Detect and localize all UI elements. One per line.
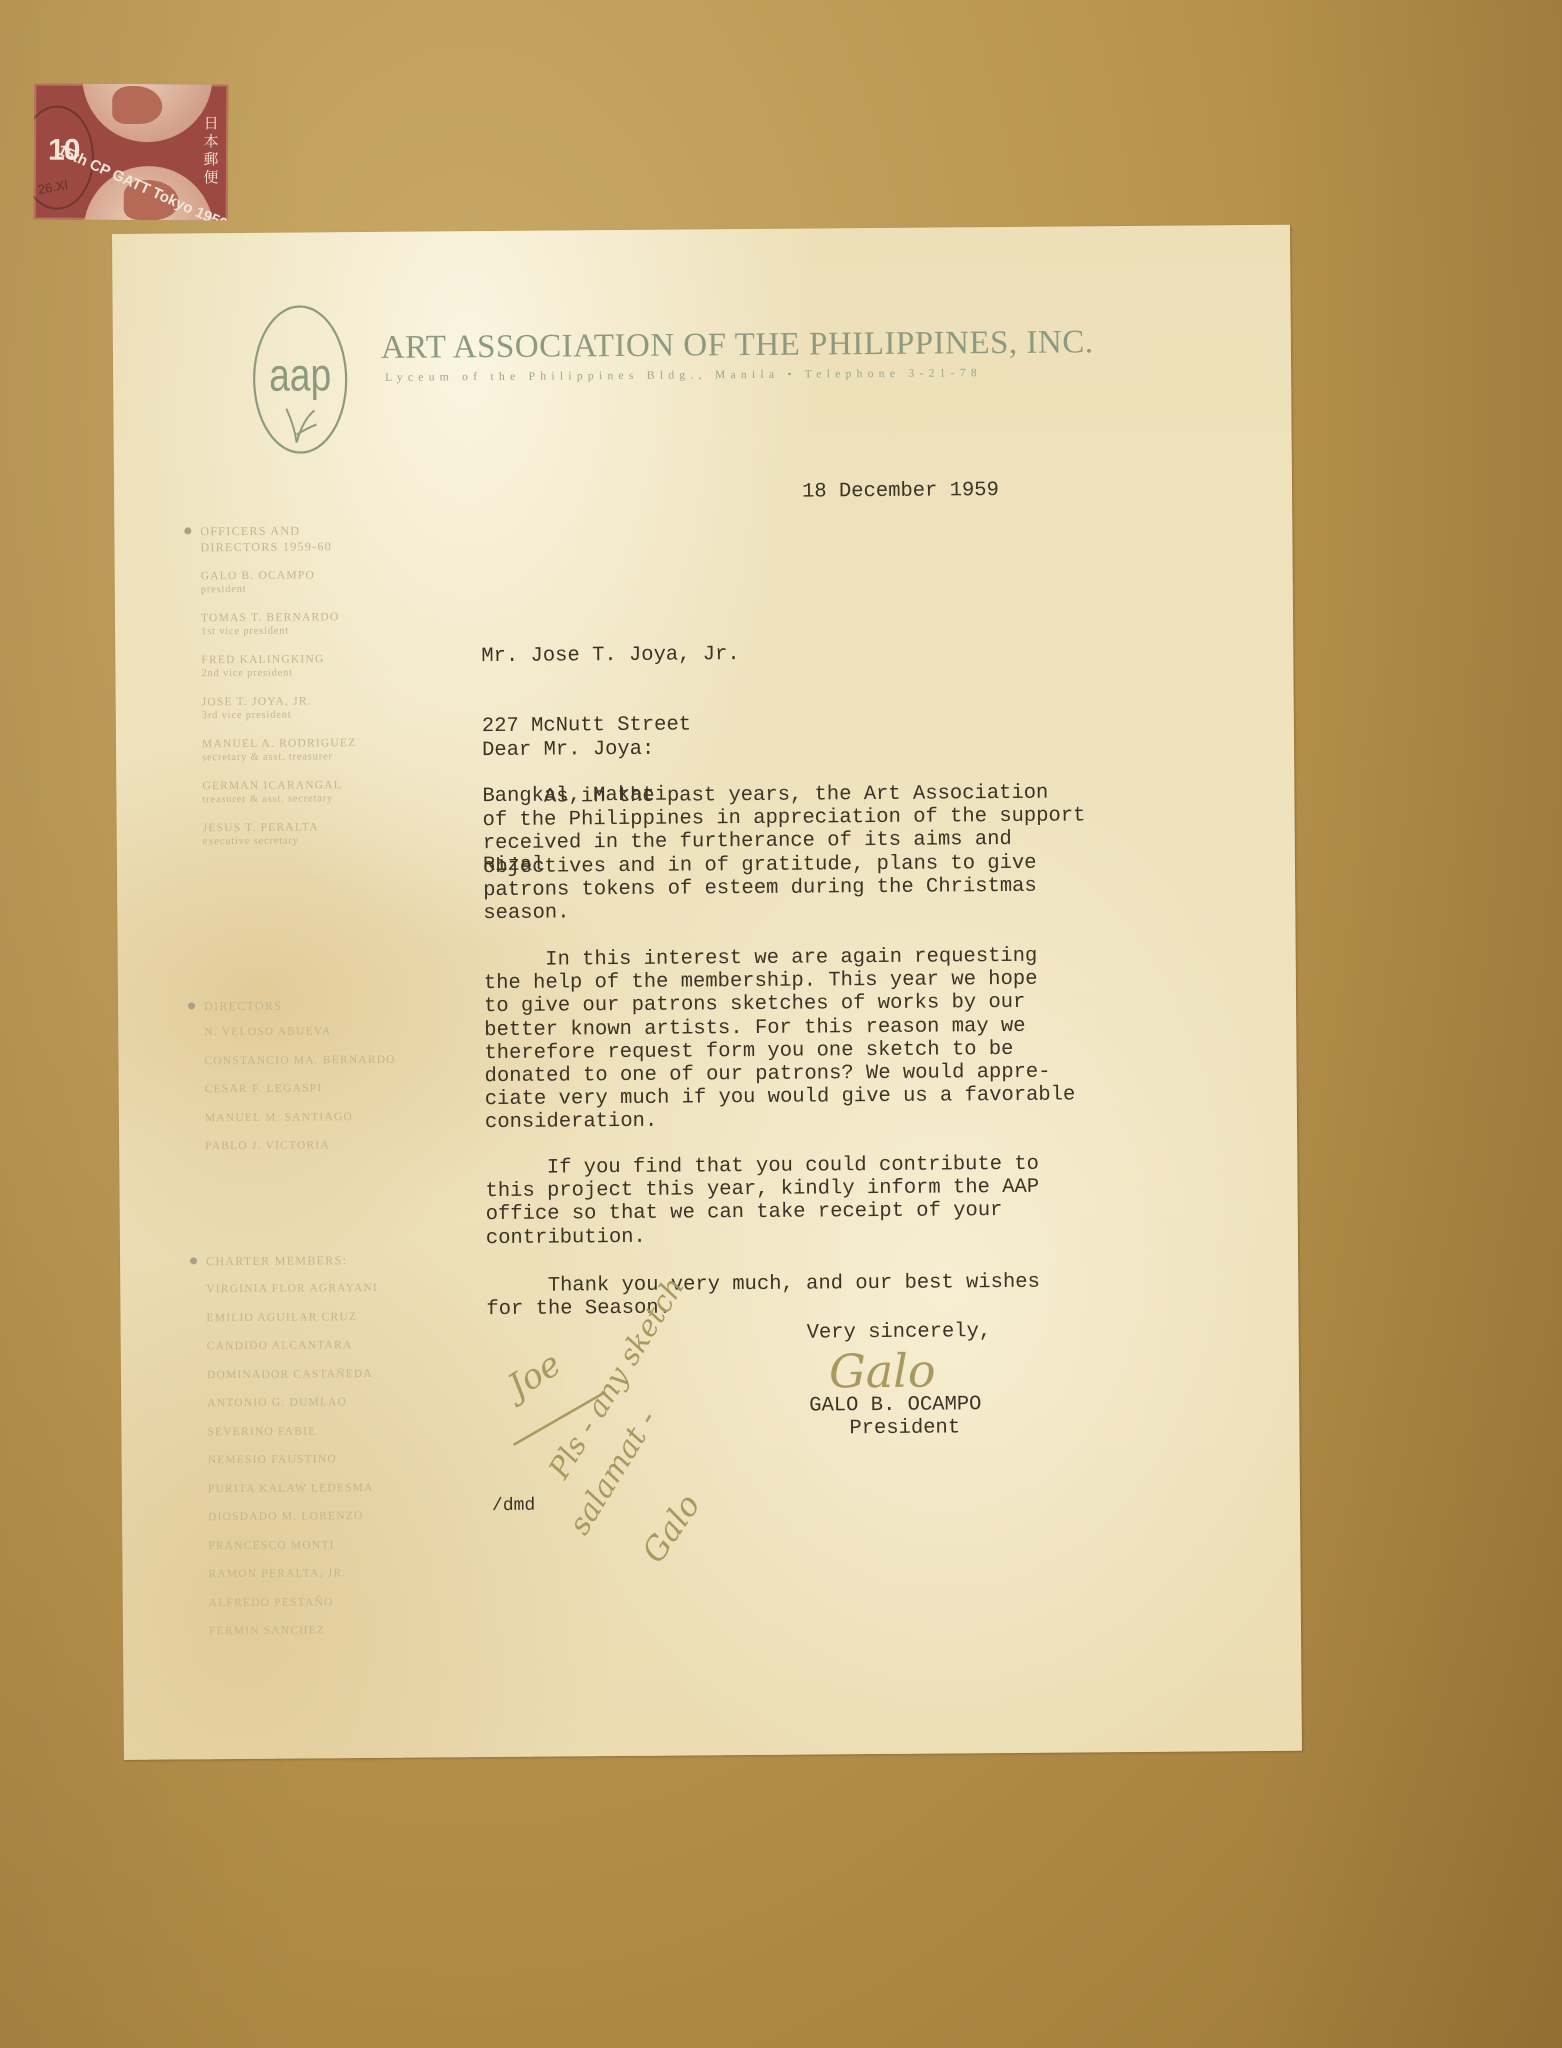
charter-member-name: NEMESIO FAUSTINO xyxy=(192,1445,380,1475)
charter-member-name: FERMIN SANCHEZ xyxy=(193,1616,381,1646)
charter-member-name: RAMON PERALTA, JR. xyxy=(192,1559,380,1589)
globe-icon xyxy=(82,83,213,142)
officer-entry: MANUEL A. RODRIGUEZ secretary & asst. tr… xyxy=(186,736,357,765)
charter-member-name: DOMINADOR CASTAÑEDA xyxy=(191,1359,379,1389)
charter-member-name: SEVERINO FABIE xyxy=(191,1416,379,1446)
charter-member-name: PURITA KALAW LEDESMA xyxy=(192,1473,380,1503)
postage-stamp: 10 15th CP GATT Tokyo 1959 日本郵便 26.XI xyxy=(34,83,229,220)
paragraph-4: Thank you very much, and our best wishes… xyxy=(486,1271,1040,1322)
charter-member-name: FRANCESCO MONTI xyxy=(192,1530,380,1560)
director-name: CONSTANCIO MA. BERNARDO xyxy=(188,1045,395,1075)
director-name: N. VELOSO ABUEVA xyxy=(188,1017,395,1047)
paragraph-1: As in the past years, the Art Associatio… xyxy=(482,781,1086,925)
director-name: MANUEL M. SANTIAGO xyxy=(189,1102,396,1132)
signature: Galo xyxy=(829,1344,936,1399)
officers-section: OFFICERS AND DIRECTORS 1959-60 GALO B. O… xyxy=(184,522,357,849)
organization-name: ART ASSOCIATION OF THE PHILIPPINES, INC. xyxy=(381,324,1094,367)
charter-member-name: ALFREDO PESTAÑO xyxy=(193,1587,381,1617)
charter-members-heading: CHARTER MEMBERS: xyxy=(190,1252,378,1269)
recipient-street: 227 McNutt Street xyxy=(482,713,741,738)
officer-entry: JESUS T. PERALTA executive secretary xyxy=(187,820,358,849)
officer-entry: TOMAS T. BERNARDO 1st vice president xyxy=(185,610,356,639)
director-name: CESAR F. LEGASPI xyxy=(189,1074,396,1104)
signer-name: GALO B. OCAMPO xyxy=(809,1393,981,1418)
paragraph-3: If you find that you could contribute to… xyxy=(485,1153,1039,1250)
charter-member-name: CANDIDO ALCANTARA xyxy=(191,1331,379,1361)
typist-initials: /dmd xyxy=(492,1495,535,1519)
aap-logo-icon: aap xyxy=(250,302,351,457)
directors-heading: DIRECTORS xyxy=(188,997,395,1015)
officer-entry: JOSE T. JOYA, JR. 3rd vice president xyxy=(186,694,357,723)
charter-member-name: EMILIO AGUILAR CRUZ xyxy=(190,1302,378,1332)
handwritten-note-signature: Galo xyxy=(634,1487,707,1570)
stamp-country-text: 日本郵便 xyxy=(202,114,220,186)
charter-member-name: VIRGINIA FLOR AGRAYANI xyxy=(190,1274,378,1304)
charter-member-name: ANTONIO G. DUMLAO xyxy=(191,1388,379,1418)
charter-member-name: DIOSDADO M. LORENZO xyxy=(192,1502,380,1532)
officer-entry: GALO B. OCAMPO president xyxy=(185,568,356,597)
bullet-icon xyxy=(184,527,191,534)
closing: Very sincerely, xyxy=(807,1320,992,1345)
officer-entry: GERMAN ICARANGAL treasurer & asst. secre… xyxy=(186,778,357,807)
officer-entry: FRED KALINGKING 2nd vice president xyxy=(185,652,356,681)
bullet-icon xyxy=(190,1257,197,1264)
salutation: Dear Mr. Joya: xyxy=(482,738,654,763)
bullet-icon xyxy=(188,1002,195,1009)
letterhead-sidebar: OFFICERS AND DIRECTORS 1959-60 GALO B. O… xyxy=(184,521,434,523)
director-name: PABLO J. VICTORIA xyxy=(189,1131,396,1161)
organization-address: Lyceum of the Philippines Bldg., Manila … xyxy=(385,367,982,384)
charter-members-section: CHARTER MEMBERS: VIRGINIA FLOR AGRAYANI … xyxy=(190,1252,381,1646)
svg-text:aap: aap xyxy=(269,348,331,400)
paragraph-2: In this interest we are again requesting… xyxy=(484,944,1076,1134)
signer-title: President xyxy=(849,1416,960,1440)
directors-section: DIRECTORS N. VELOSO ABUEVA CONSTANCIO MA… xyxy=(188,997,396,1161)
letter-date: 18 December 1959 xyxy=(802,479,999,504)
recipient-name: Mr. Jose T. Joya, Jr. xyxy=(481,643,740,668)
officers-heading: OFFICERS AND DIRECTORS 1959-60 xyxy=(184,522,355,555)
letter-paper: aap ART ASSOCIATION OF THE PHILIPPINES, … xyxy=(112,225,1302,1760)
